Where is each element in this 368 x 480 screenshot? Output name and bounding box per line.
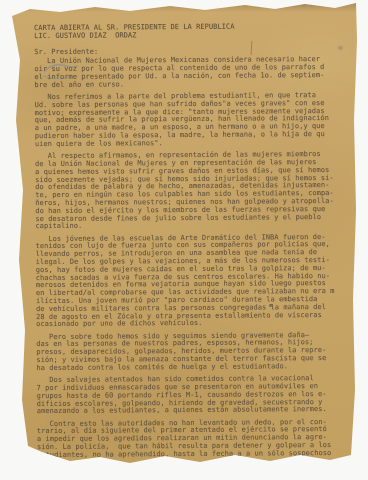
- paragraph-2: Nos referimos a la parte del problema es…: [34, 92, 340, 149]
- stray-pencil-mark: [338, 46, 343, 50]
- paragraph-3: Al respecto afirmamos, en representación…: [35, 151, 342, 231]
- title-line-2: LIC. GUSTAVO DIAZ ORDAZ: [34, 31, 136, 40]
- letter-page: CARTA ABIERTA AL SR. PRESIDENTE DE LA RE…: [0, 0, 368, 480]
- paragraph-4: Los jóvenes de las escuelas de Arte Dram…: [35, 233, 342, 329]
- document-title: CARTA ABIERTA AL SR. PRESIDENTE DE LA RE…: [34, 23, 340, 41]
- blue-pencil-scribble: [42, 59, 122, 79]
- typewritten-text: CARTA ABIERTA AL SR. PRESIDENTE DE LA RE…: [34, 23, 343, 464]
- faint-pencil-note: [256, 0, 332, 7]
- document-photo: CARTA ABIERTA AL SR. PRESIDENTE DE LA RE…: [0, 0, 368, 480]
- paragraph-6: Dos salvajes atentados han sido cometido…: [36, 375, 342, 416]
- paragraph-7: Contra esto las autoridades no han levan…: [37, 419, 343, 460]
- paragraph-5: Pero sobre todo hemos sido y seguimos si…: [36, 332, 342, 373]
